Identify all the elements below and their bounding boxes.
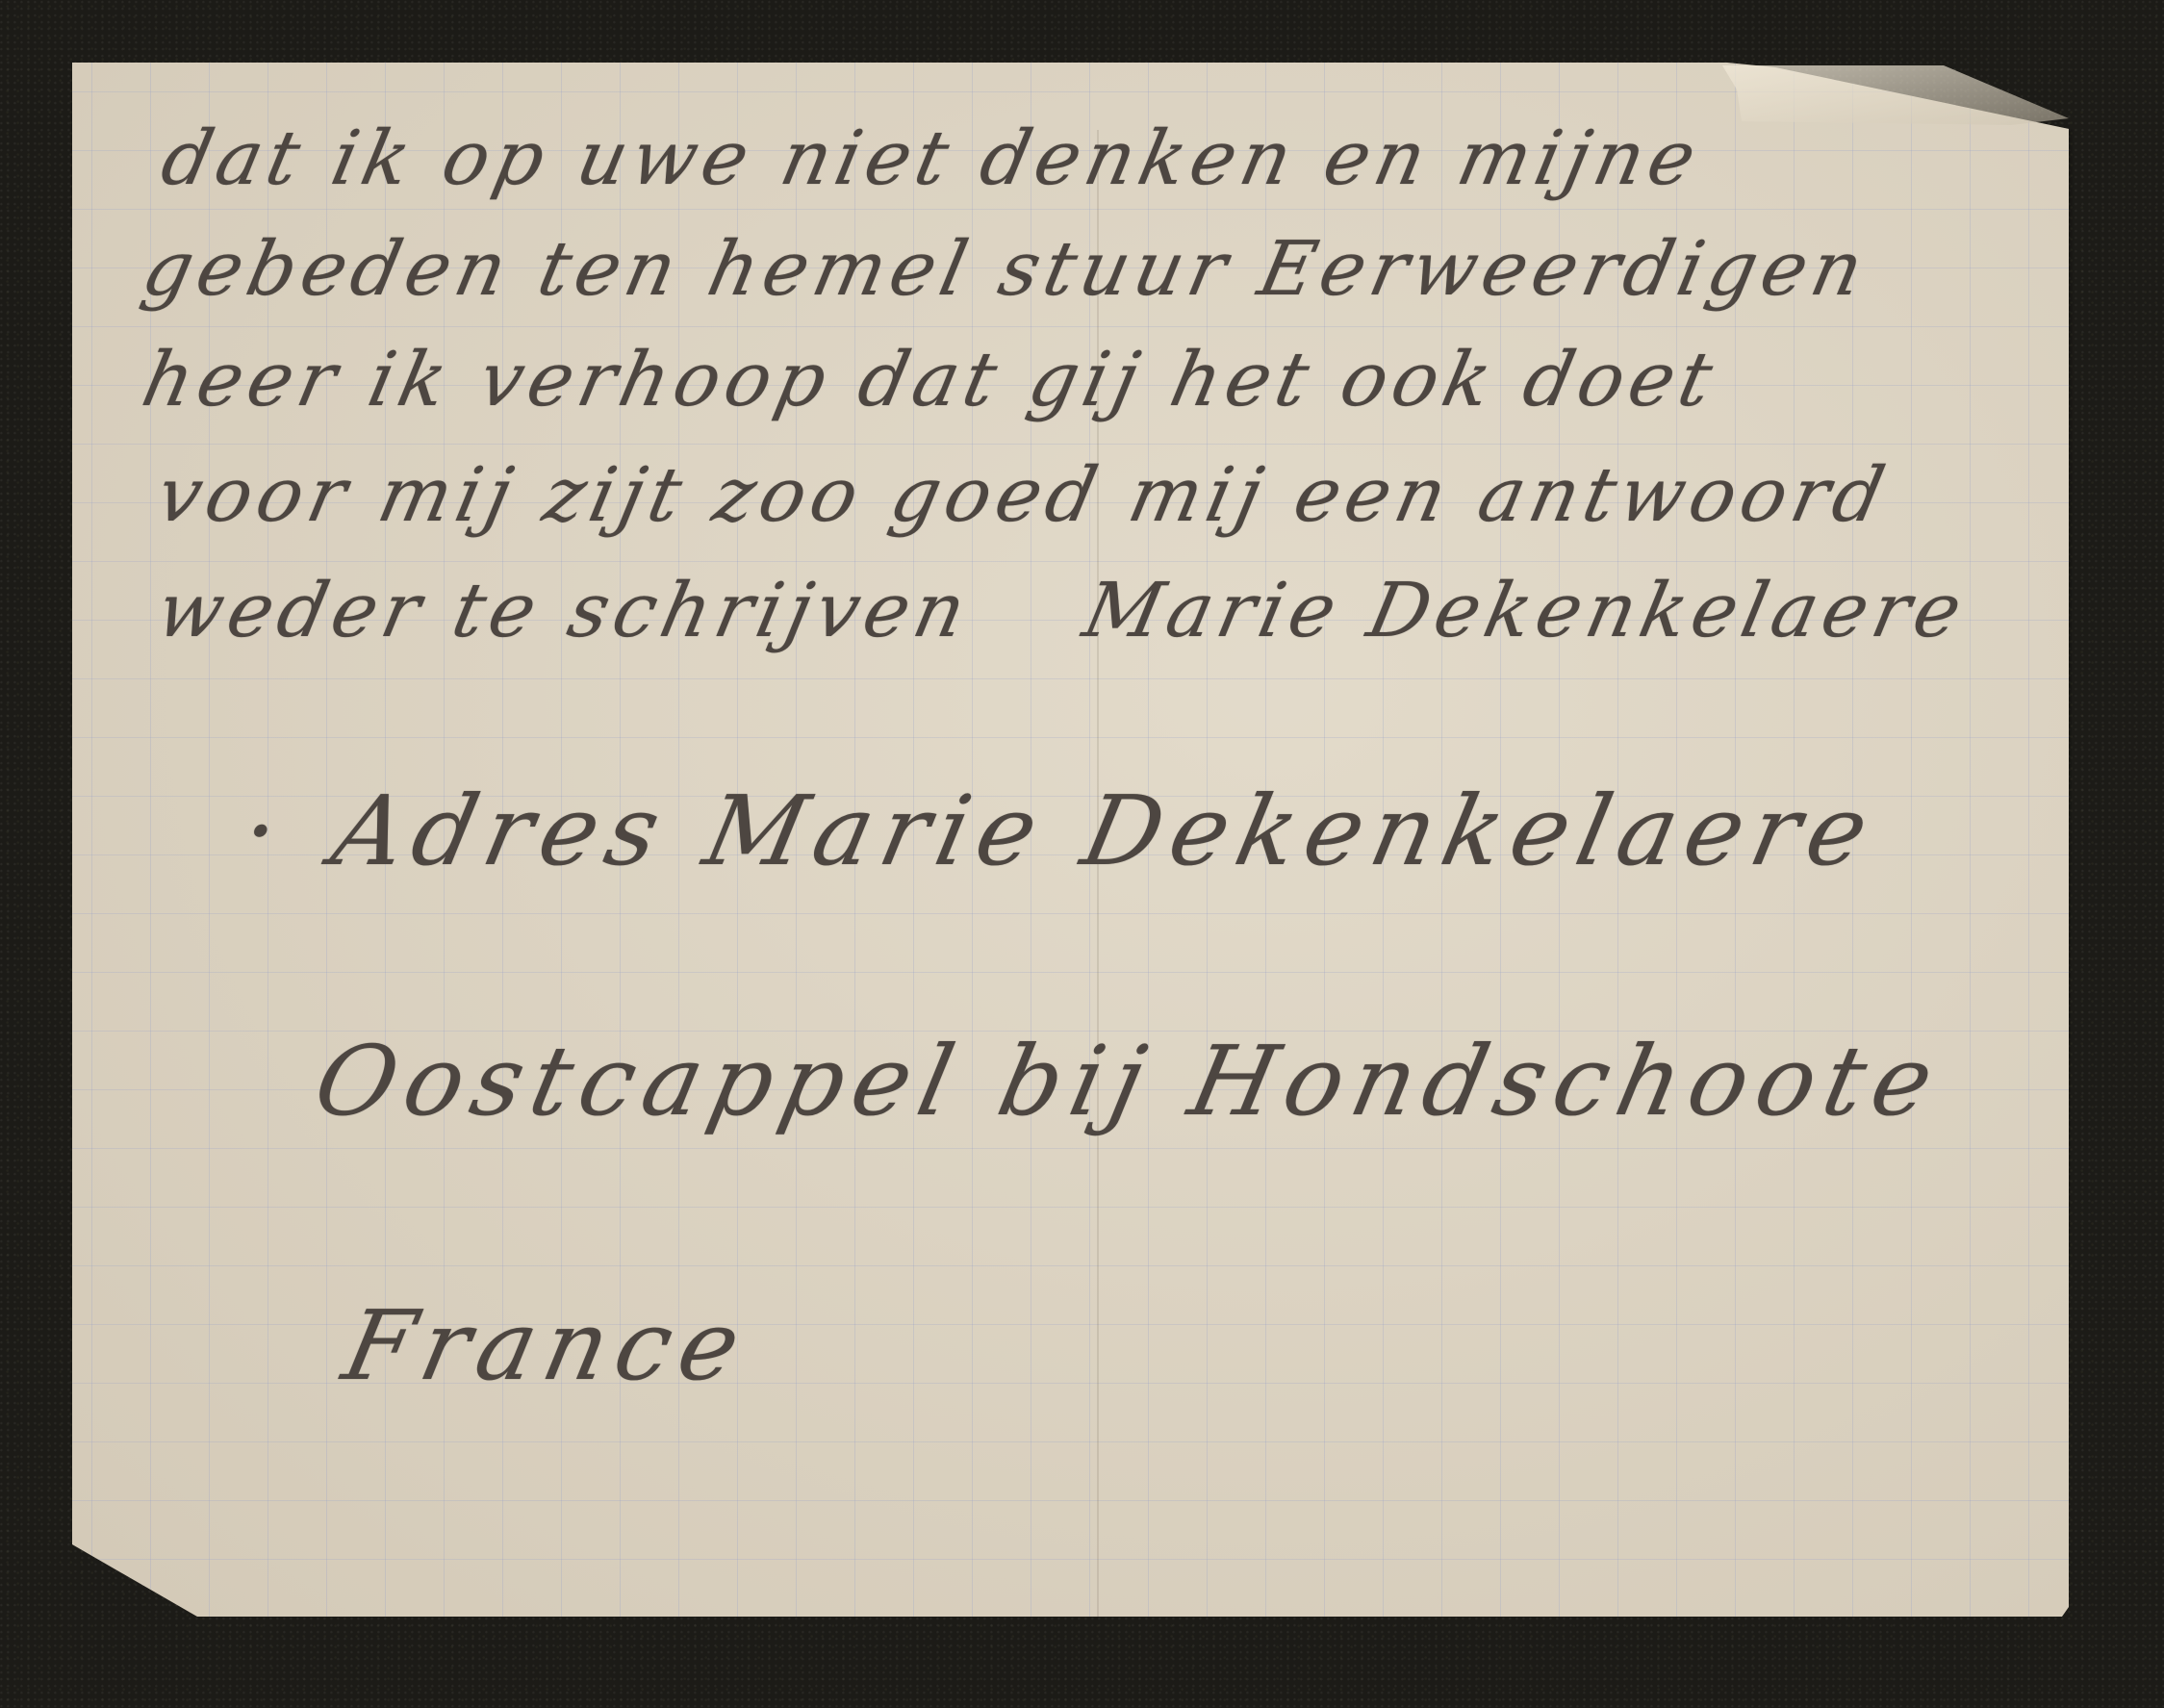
signature: Marie Dekenkelaere xyxy=(1076,568,1974,654)
letter-line-1: dat ik op uwe niet denken en mijne xyxy=(154,115,1708,202)
address-label: Adres Marie Dekenkelaere xyxy=(323,775,1887,887)
letter-line-5: weder te schrijven Marie Dekenkelaere xyxy=(149,568,1974,654)
letter-line-5-text: weder te schrijven xyxy=(149,568,978,654)
letter-line-3: heer ik verhoop dat gij het ook doet xyxy=(135,337,1725,423)
letter-line-2: gebeden ten hemel stuur Eerweerdigen xyxy=(135,226,1875,313)
address-name-line: · Adres Marie Dekenkelaere xyxy=(234,775,1888,887)
address-town-line: Oostcappel bij Hondschoote xyxy=(306,1025,1952,1137)
address-country-line: France xyxy=(335,1289,759,1402)
letter-line-4: voor mij zijt zoo goed mij een antwoord xyxy=(149,452,1897,539)
